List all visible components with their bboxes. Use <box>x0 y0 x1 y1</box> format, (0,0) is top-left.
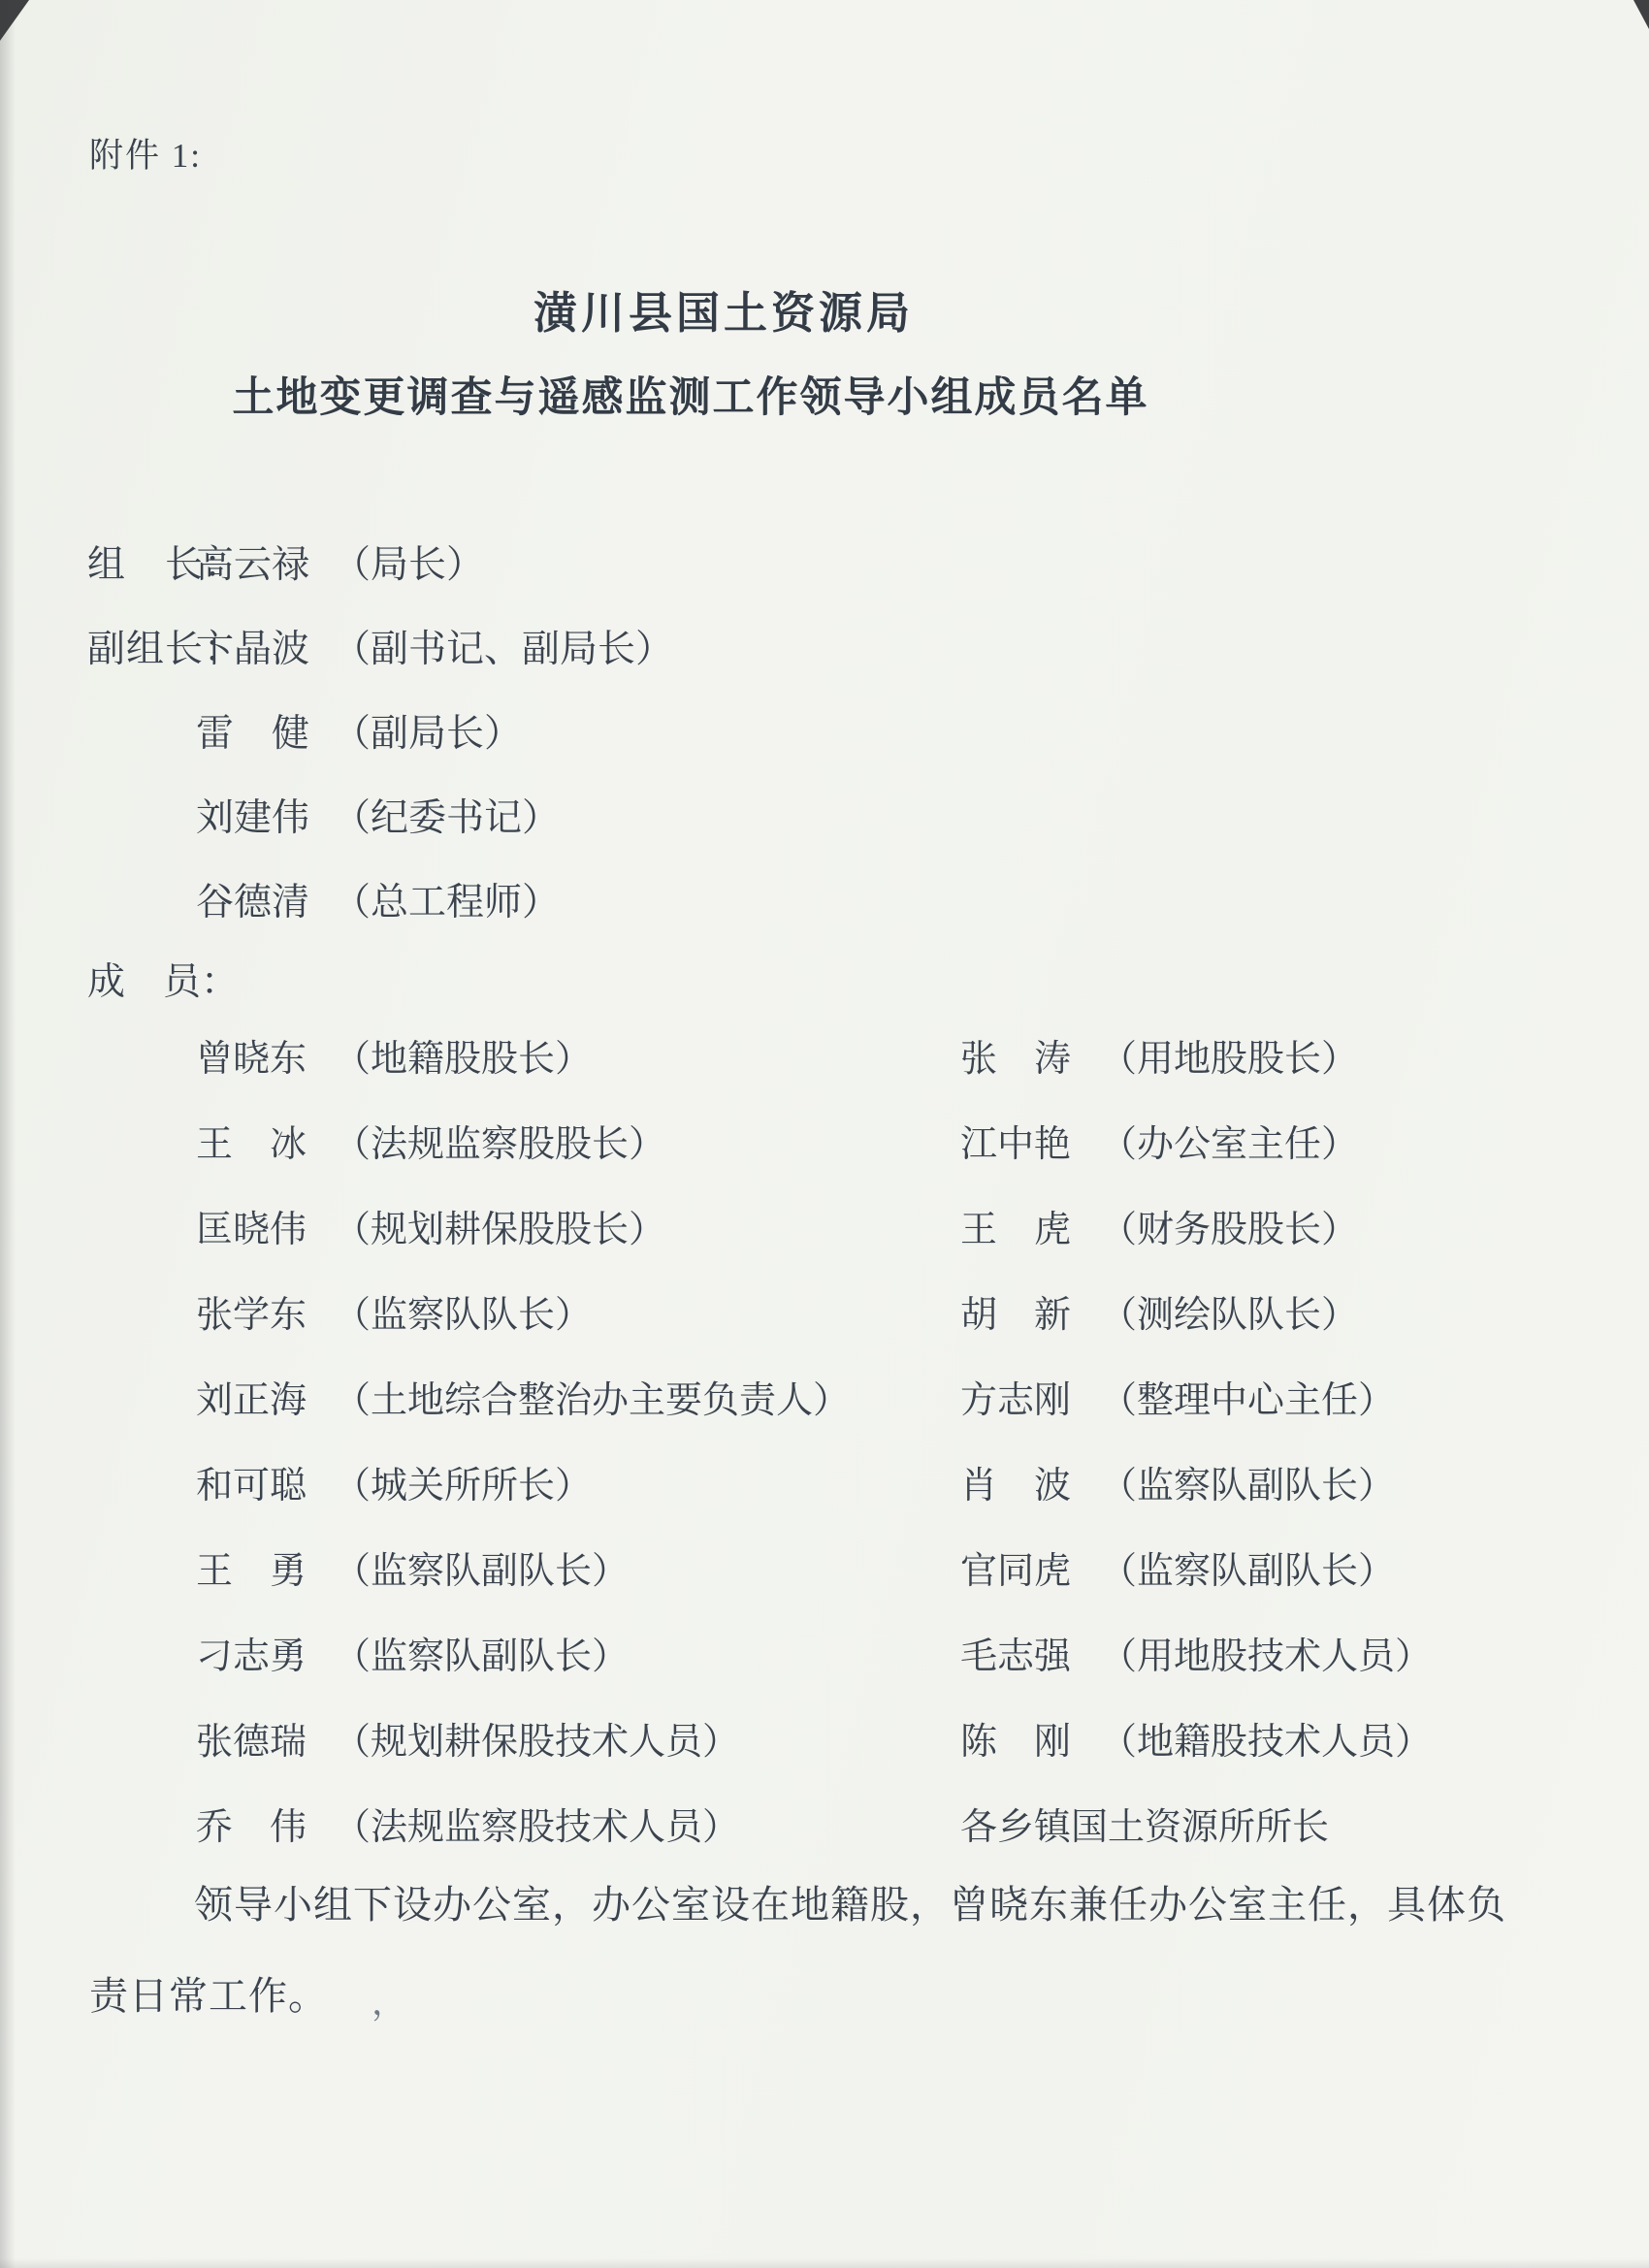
member-name: 王 勇 <box>196 1540 307 1594</box>
member-title: （用地股股长） <box>1100 1028 1358 1082</box>
leadership-section: 组 长： 高云禄 （局长） 副组长： 卞晶波 （副书记、副局长） 雷 健 （副局… <box>87 535 673 956</box>
role-label: 组 长： <box>87 535 196 589</box>
member-title: （办公室主任） <box>1100 1114 1358 1167</box>
member-title: （城关所所长） <box>334 1455 592 1508</box>
member-name: 各乡镇国土资源所所长 <box>960 1797 1329 1850</box>
member-name: 曾晓东 <box>196 1028 307 1082</box>
member-name: 刁志勇 <box>196 1626 307 1679</box>
member-row: 匡晓伟（规划耕保股股长） 王 虎（财务股股长） <box>196 1199 1583 1284</box>
member-name: 陈 刚 <box>960 1711 1071 1765</box>
member-name: 王 冰 <box>196 1114 307 1167</box>
member-row: 刁志勇（监察队副队长） 毛志强（用地股技术人员） <box>196 1626 1583 1711</box>
member-name: 乔 伟 <box>196 1797 307 1850</box>
person-title: （纪委书记） <box>333 788 560 842</box>
member-title: （整理中心主任） <box>1100 1370 1395 1423</box>
member-row: 王 冰（法规监察股股长） 江中艳（办公室主任） <box>196 1114 1583 1199</box>
person-name: 高云禄 <box>196 535 309 589</box>
document-subtitle: 土地变更调查与遥感监测工作领导小组成员名单 <box>0 365 1381 424</box>
member-name: 刘正海 <box>196 1370 307 1423</box>
member-name: 王 虎 <box>960 1199 1071 1252</box>
member-name: 胡 新 <box>960 1284 1071 1338</box>
closing-paragraph-line1: 领导小组下设办公室，办公室设在地籍股，曾晓东兼任办公室主任，具体负 <box>194 1874 1506 1929</box>
leadership-row: 谷德清 （总工程师） <box>87 872 673 956</box>
member-title: （地籍股技术人员） <box>1100 1711 1432 1765</box>
member-title: （测绘队队长） <box>1100 1284 1358 1338</box>
members-section: 曾晓东（地籍股股长） 张 涛（用地股股长） 王 冰（法规监察股股长） 江中艳（办… <box>196 1028 1583 1882</box>
leadership-row: 刘建伟 （纪委书记） <box>87 788 673 872</box>
member-name: 毛志强 <box>960 1626 1071 1679</box>
member-row: 乔 伟（法规监察股技术人员） 各乡镇国土资源所所长 <box>196 1797 1583 1882</box>
member-title: （监察队副队长） <box>334 1626 629 1679</box>
member-row: 张德瑞（规划耕保股技术人员） 陈 刚（地籍股技术人员） <box>196 1711 1583 1797</box>
person-title: （局长） <box>333 535 484 589</box>
closing-paragraph-line2: 责日常工作。 <box>89 1965 328 2021</box>
member-name: 张德瑞 <box>196 1711 307 1765</box>
scan-stray-mark: ， <box>372 1975 406 2025</box>
member-name: 肖 波 <box>960 1455 1071 1508</box>
person-name: 卞晶波 <box>196 619 309 673</box>
scanned-document-page: ， 附件 1: 潢川县国土资源局 土地变更调查与遥感监测工作领导小组成员名单 组… <box>0 0 1649 2268</box>
person-title: （总工程师） <box>333 872 560 926</box>
member-name: 张学东 <box>196 1284 307 1338</box>
member-name: 和可聪 <box>196 1455 307 1508</box>
member-title: （法规监察股技术人员） <box>334 1797 739 1850</box>
member-row: 刘正海（土地综合整治办主要负责人） 方志刚（整理中心主任） <box>196 1370 1583 1455</box>
leadership-row: 雷 健 （副局长） <box>87 703 673 788</box>
member-name: 张 涛 <box>960 1028 1071 1082</box>
scan-edge-shadow-bottom <box>0 2258 1649 2268</box>
member-title: （财务股股长） <box>1100 1199 1358 1252</box>
member-name: 方志刚 <box>960 1370 1071 1423</box>
member-title: （规划耕保股技术人员） <box>334 1711 739 1765</box>
member-title: （监察队队长） <box>334 1284 592 1338</box>
member-row: 王 勇（监察队副队长） 官同虎（监察队副队长） <box>196 1540 1583 1626</box>
member-title: （土地综合整治办主要负责人） <box>334 1370 850 1423</box>
person-name: 刘建伟 <box>196 788 309 842</box>
member-row: 曾晓东（地籍股股长） 张 涛（用地股股长） <box>196 1028 1583 1114</box>
member-title: （监察队副队长） <box>1100 1540 1395 1594</box>
member-row: 和可聪（城关所所长） 肖 波（监察队副队长） <box>196 1455 1583 1540</box>
member-title: （法规监察股股长） <box>334 1114 665 1167</box>
role-label: 副组长： <box>87 619 196 673</box>
leadership-row: 组 长： 高云禄 （局长） <box>87 535 673 619</box>
person-name: 雷 健 <box>196 703 309 758</box>
member-name: 匡晓伟 <box>196 1199 307 1252</box>
member-name: 官同虎 <box>960 1540 1071 1594</box>
document-title: 潢川县国土资源局 <box>0 277 1447 340</box>
member-row: 张学东（监察队队长） 胡 新（测绘队队长） <box>196 1284 1583 1370</box>
attachment-label: 附件 1: <box>89 129 202 178</box>
member-name: 江中艳 <box>960 1114 1071 1167</box>
member-title: （用地股技术人员） <box>1100 1626 1432 1679</box>
person-name: 谷德清 <box>196 872 309 926</box>
member-title: （地籍股股长） <box>334 1028 592 1082</box>
member-title: （规划耕保股股长） <box>334 1199 665 1252</box>
person-title: （副局长） <box>333 703 522 758</box>
leadership-row: 副组长： 卞晶波 （副书记、副局长） <box>87 619 673 703</box>
member-title: （监察队副队长） <box>334 1540 629 1594</box>
scan-corner-artifact-top-right <box>1633 0 1649 29</box>
members-section-label: 成 员： <box>87 952 239 1006</box>
person-title: （副书记、副局长） <box>333 619 673 673</box>
member-title: （监察队副队长） <box>1100 1455 1395 1508</box>
